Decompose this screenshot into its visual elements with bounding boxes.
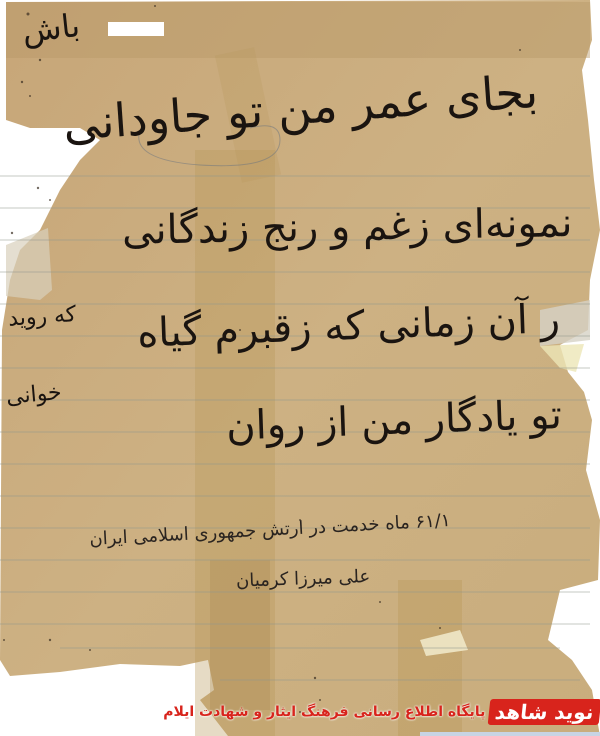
poem-line-4-tail: خوانی — [5, 380, 63, 410]
brand-mark: نوید شاهد — [488, 699, 600, 725]
logo-underline — [420, 732, 600, 736]
poem-line-2: نمونه‌ای زغم و رنج زندگانی — [121, 200, 572, 254]
scanned-document: باش بجای عمر من تو جاودانی نمونه‌ای زغم … — [0, 0, 600, 736]
watermark-text: پایگاه اطلاع رسانی فرهنگ ایثار و شهادت ا… — [163, 704, 485, 720]
watermark-logo: نوید شاهد پایگاه اطلاع رسانی فرهنگ ایثار… — [163, 690, 600, 734]
poem-line-3-tail: که روید — [7, 302, 77, 332]
poem-line-1-tail: باش — [20, 6, 81, 50]
